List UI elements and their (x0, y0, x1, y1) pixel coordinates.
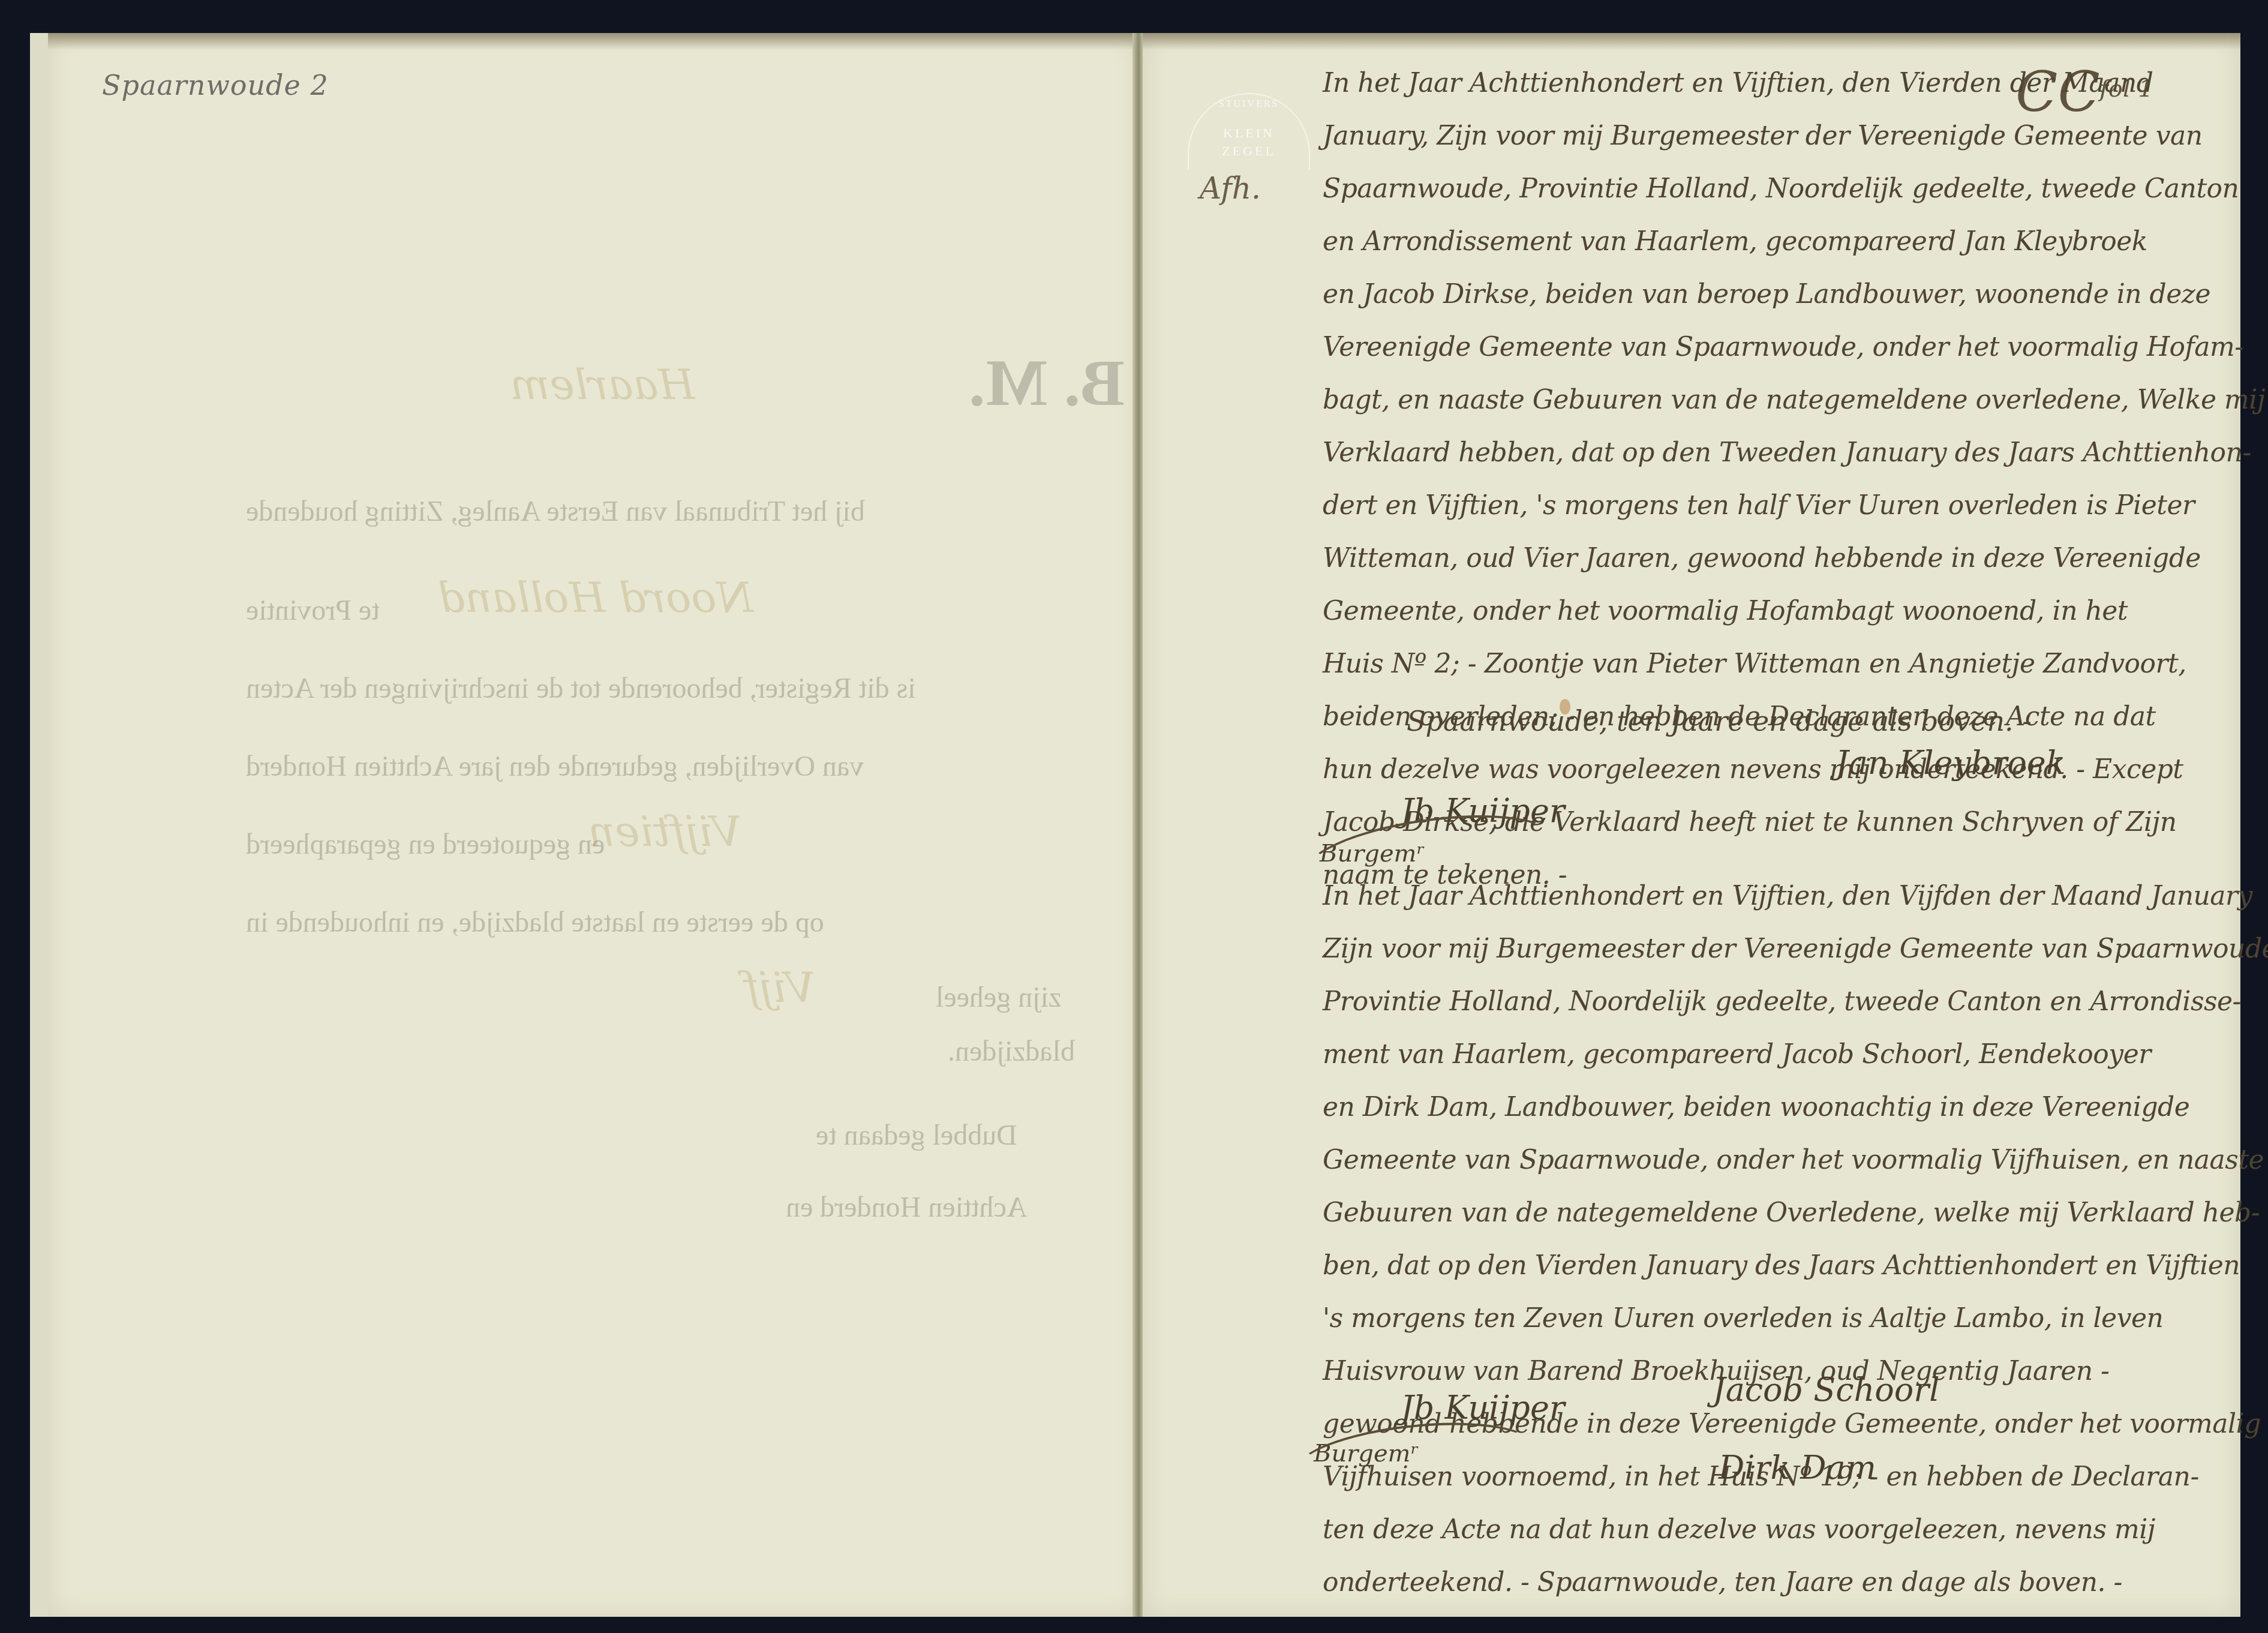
record-line: Provintie Holland, Noordelijk gedeelte, … (1323, 975, 2210, 1028)
bleed-through-line: is dit Register, behoorende tot de insch… (246, 672, 915, 705)
page-top-edge (48, 33, 1140, 50)
record-line: 's morgens ten Zeven Uuren overleden is … (1323, 1292, 2210, 1345)
left-page: Spaarnwoude 2 B. M. Haarlem bij het Trib… (30, 33, 1140, 1617)
death-record-act-2: In het Jaar Achttienhondert en Vijftien,… (1323, 870, 2210, 1609)
mayor-signature: Jb Kuijper (1401, 1389, 1565, 1427)
bleed-through-ink: Vijftien (588, 807, 741, 856)
bleed-through-ink: Noord Holland (438, 573, 753, 622)
record-line: en Arrondissement van Haarlem, gecompare… (1323, 215, 2210, 268)
record-line: onderteekend. - Spaarnwoude, ten Jaare e… (1323, 1556, 2210, 1609)
record-line: Vereenigde Gemeente van Spaarnwoude, ond… (1323, 321, 2210, 374)
record-line: Witteman, oud Vier Jaaren, gewoond hebbe… (1323, 532, 2210, 585)
record-line: Huis Nº 2; - Zoontje van Pieter Witteman… (1323, 638, 2210, 691)
record-line: en Jacob Dirkse, beiden van beroep Landb… (1323, 268, 2210, 321)
declarant-signature: Jan Kleybroek (1836, 744, 2065, 782)
bleed-through-ink: Haarlem (510, 360, 695, 409)
seal-line-1: KLEIN (1189, 125, 1309, 141)
bleed-through-line: bij het Tribunaal van Eerste Aanleg, Zit… (246, 495, 865, 528)
page-top-edge (1143, 33, 2240, 50)
record-line: Gemeente, onder het voormalig Hofambagt … (1323, 585, 2210, 638)
record-line: bagt, en naaste Gebuuren van de nategeme… (1323, 374, 2210, 427)
right-page: STUIVERS KLEIN ZEGEL Afh. CC fol 1 In he… (1143, 33, 2240, 1617)
declarant-signature: Dirk Dam (1719, 1449, 1876, 1487)
record-line: ment van Haarlem, gecompareerd Jacob Sch… (1323, 1028, 2210, 1081)
margin-annotation: Afh. (1200, 171, 1261, 206)
seal-arc-text: STUIVERS (1189, 99, 1309, 110)
bleed-through-ink: Vijf (744, 963, 815, 1012)
bleed-through-line: Achttien Honderd en (786, 1191, 1028, 1224)
pencil-archive-note: Spaarnwoude 2 (102, 69, 329, 101)
record-line: Zijn voor mij Burgemeester der Vereenigd… (1323, 923, 2210, 975)
record-line: en Dirk Dam, Landbouwer, beiden woonacht… (1323, 1081, 2210, 1134)
record-line: ten deze Acte na dat hun dezelve was voo… (1323, 1503, 2210, 1556)
record-line: In het Jaar Achttienhondert en Vijftien,… (1323, 57, 2210, 110)
record-line: hun dezelve was voorgeleezen nevens mij … (1323, 743, 2210, 796)
record-line: In het Jaar Achttienhondert en Vijftien,… (1323, 870, 2210, 923)
bleed-through-line: bladzijden. (948, 1035, 1075, 1068)
record-line: ben, dat op den Vierden January des Jaar… (1323, 1239, 2210, 1292)
embossed-tax-seal: STUIVERS KLEIN ZEGEL (1188, 93, 1310, 169)
record-line: January, Zijn voor mij Burgemeester der … (1323, 110, 2210, 163)
record-line: Verklaard hebben, dat op den Tweeden Jan… (1323, 427, 2210, 479)
bleed-through-line: zijn geheel (936, 981, 1061, 1014)
bleed-through-line: op de eerste en laatste bladzijde, en in… (246, 906, 824, 939)
bleed-through-line: Dubbel gedaan te (816, 1119, 1017, 1152)
declarant-signature: Jacob Schoorl (1713, 1371, 1939, 1409)
bleed-through-line: en gequoteerd en geparapheerd (246, 828, 605, 861)
bleed-through-line: te Provintie (246, 594, 380, 627)
bleed-through-line: van Overlijden, gedurende den jare Achtt… (246, 750, 864, 783)
bleed-through-heading: B. M. (969, 345, 1125, 421)
seal-line-2: ZEGEL (1189, 143, 1309, 159)
record-line: Gebuuren van de nategemeldene Overledene… (1323, 1187, 2210, 1239)
record-line: Spaarnwoude, Provintie Holland, Noordeli… (1323, 163, 2210, 215)
closing-formula: Spaarnwoude, ten Jaare en dage als boven… (1407, 705, 2032, 737)
record-line: dert en Vijftien, 's morgens ten half Vi… (1323, 479, 2210, 532)
record-line: Gemeente van Spaarnwoude, onder het voor… (1323, 1134, 2210, 1187)
death-record-act-1: In het Jaar Achttienhondert en Vijftien,… (1323, 57, 2210, 902)
ink-stain (1560, 699, 1570, 715)
